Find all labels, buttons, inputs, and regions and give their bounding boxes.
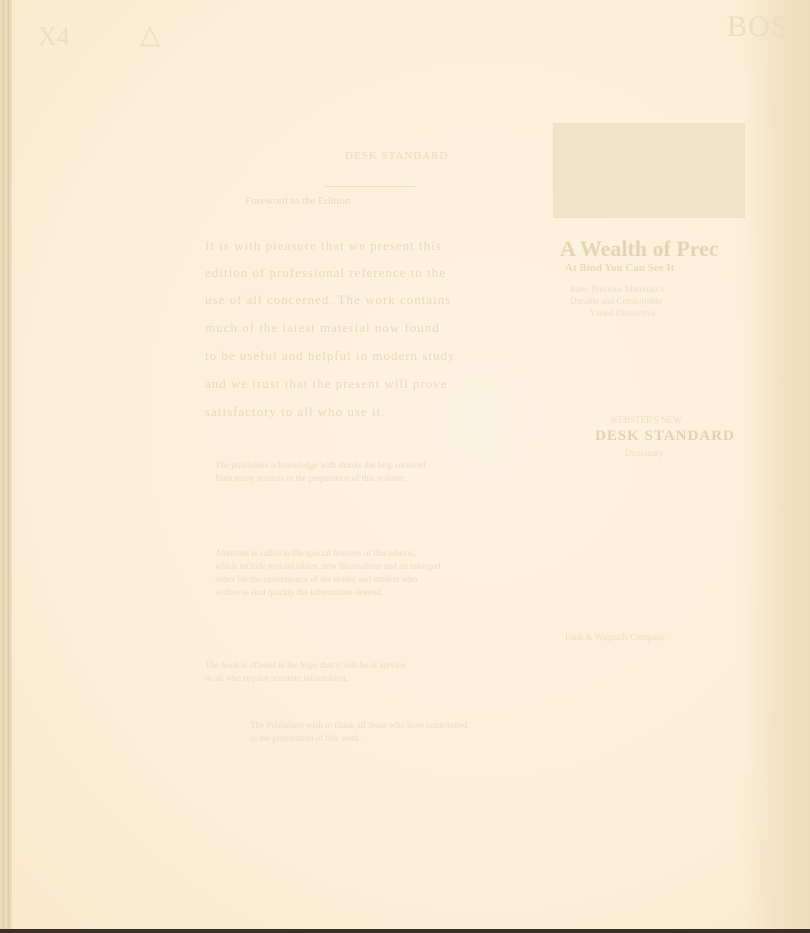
paragraph-line: The Publishers wish to thank all those w… (250, 720, 467, 730)
paragraph-line: index for the convenience of the reader … (215, 574, 417, 584)
library-stamp: BOS (727, 10, 788, 44)
text-line: use of all concerned. The work contains (205, 292, 451, 308)
ad-subtitle: At Bind You Can See It (565, 262, 674, 274)
ad-body-line: Rare, Precious Materials C (570, 284, 667, 294)
paragraph-line: to all who require accurate information. (205, 673, 348, 683)
scan-bottom-border (0, 929, 810, 933)
paragraph-line: which include revised tables, new illust… (215, 561, 441, 571)
page-curl-shadow (740, 0, 810, 933)
column-subheading: Foreword to the Edition (245, 195, 350, 207)
ad-body-line: Durable and Comfortable (570, 296, 662, 306)
column-heading: DESK STANDARD (345, 150, 449, 162)
scanned-page: X4 △ BOS DESK STANDARD Foreword to the E… (0, 0, 810, 933)
paragraph-line: from many sources in the preparation of … (215, 473, 406, 483)
text-line: satisfactory to all who use it. (205, 404, 385, 420)
triangle-mark-icon: △ (140, 20, 160, 50)
book-page-edges (0, 0, 12, 933)
paragraph-line: wishes to find quickly the information d… (215, 587, 383, 597)
section-label: WEBSTER'S NEW (610, 415, 681, 425)
text-line: much of the latest material now found (205, 320, 440, 336)
paragraph-line: The publishers acknowledge with thanks t… (215, 460, 426, 470)
text-line: to be useful and helpful in modern study (205, 348, 456, 364)
paragraph-line: Attention is called to the special featu… (215, 548, 416, 558)
section-subheading: Dictionary (625, 448, 664, 458)
divider (325, 186, 415, 187)
pencil-mark: X4 (38, 22, 70, 52)
ad-body-line: Varied Distinctive (590, 308, 655, 318)
text-line: edition of professional reference to the (205, 265, 446, 281)
ad-title: A Wealth of Prec (560, 236, 719, 262)
section-heading: DESK STANDARD (595, 428, 735, 445)
ad-footer-line: Funk & Wagnalls Company (565, 632, 665, 642)
text-line: and we trust that the present will prove (205, 376, 448, 392)
advertisement-illustration (553, 123, 745, 218)
text-line: It is with pleasure that we present this (205, 238, 442, 254)
paragraph-line: to the preparation of this work. (250, 733, 361, 743)
paragraph-line: The book is offered in the hope that it … (205, 660, 405, 670)
